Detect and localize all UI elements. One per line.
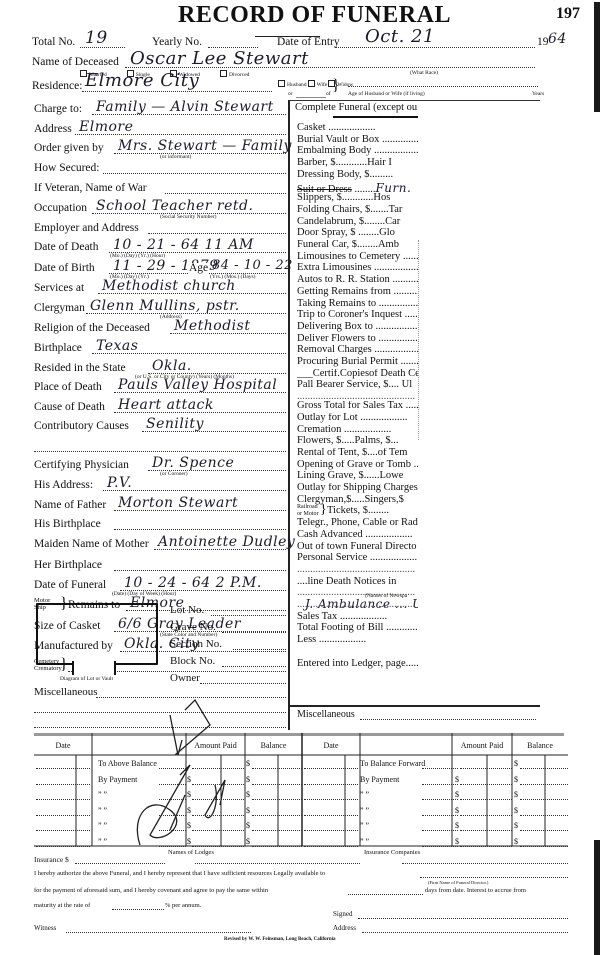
ledger-balance-field[interactable] xyxy=(252,768,302,769)
checkbox-wife[interactable]: Wife xyxy=(308,80,328,89)
spouse-checkboxes: Husband Wife Widow xyxy=(278,80,353,89)
name-value[interactable]: Oscar Lee Stewart xyxy=(130,50,309,68)
ledger-balance-field[interactable] xyxy=(520,768,568,769)
what-race-label: (What Race) xyxy=(410,71,438,77)
age-value[interactable]: 84 - 10 - 22 xyxy=(212,259,293,272)
ledger-date-field[interactable] xyxy=(36,846,90,847)
lot-field-input[interactable] xyxy=(211,615,286,616)
address-label: Address xyxy=(333,925,356,932)
lot-field-label: Block No. xyxy=(170,656,215,667)
dotted-line xyxy=(422,846,458,847)
field-label: Certifying Physician xyxy=(34,460,129,472)
ledger-amount-currency: $ xyxy=(455,838,459,846)
field-label: If Veteran, Name of War xyxy=(34,183,147,195)
cropped-region xyxy=(418,118,558,698)
lot-field-input[interactable] xyxy=(222,666,286,667)
field-label: Cause of Death xyxy=(34,402,105,414)
witness-label: Witness xyxy=(34,925,56,932)
field-value[interactable]: Senility xyxy=(146,417,204,431)
dotted-line xyxy=(335,47,535,48)
field-label: Clergyman xyxy=(34,303,85,315)
year-value[interactable]: 64 xyxy=(548,32,567,46)
field-value[interactable]: Texas xyxy=(96,339,138,353)
ledger-amount-field[interactable] xyxy=(460,815,512,816)
checkbox-husband[interactable]: Husband xyxy=(278,80,307,89)
ledger-amount-field[interactable] xyxy=(460,830,512,831)
field-sub-label: (Social Security Number) xyxy=(160,215,217,221)
age-label: Age xyxy=(188,263,209,275)
field-label: Place of Death xyxy=(34,382,102,394)
lot-field-input[interactable] xyxy=(233,649,286,650)
ledger-description: ” ” xyxy=(360,838,369,846)
field-value[interactable]: School Teacher retd. xyxy=(96,199,253,213)
field-label: Employer and Address xyxy=(34,223,139,235)
date-of-entry-label: Date of Entry xyxy=(277,37,340,49)
address-field[interactable] xyxy=(362,932,568,933)
ledger-balance-currency: $ xyxy=(514,760,518,768)
crop-edge xyxy=(418,240,419,440)
field-value[interactable]: 10 - 24 - 64 2 P.M. xyxy=(124,576,262,590)
checkbox-divorced[interactable]: Divorced xyxy=(220,70,249,79)
ledger-date-field[interactable] xyxy=(36,784,90,785)
ledger-right-balance-header: Balance xyxy=(512,741,568,750)
field-label: Birthplace xyxy=(34,343,82,355)
field-value[interactable]: Dr. Spence xyxy=(152,456,234,470)
revised-by: Revised by W. W. Feinsman, Long Beach, C… xyxy=(224,937,336,942)
ledger-description: ” ” xyxy=(360,791,369,799)
field-label: Name of Father xyxy=(34,500,106,512)
ledger-description: ” ” xyxy=(98,791,107,799)
lot-field-input[interactable] xyxy=(200,683,286,684)
brace: } xyxy=(320,503,327,517)
lot-field-label: Owner xyxy=(170,673,200,684)
companies-label: Insurance Companies xyxy=(364,849,404,856)
field-label: Maiden Name of Mother xyxy=(34,539,149,551)
field-value[interactable]: Mrs. Stewart — Family xyxy=(118,139,292,153)
field-label: Services at xyxy=(34,283,84,295)
ledger-balance-field[interactable] xyxy=(252,815,302,816)
ledger-date-field[interactable] xyxy=(36,799,90,800)
total-no-label: Total No. xyxy=(32,37,75,49)
dotted-line xyxy=(360,719,536,720)
field-label: Contributory Causes xyxy=(34,421,129,433)
ledger-description: By Payment xyxy=(360,776,399,784)
ledger-balance-field[interactable] xyxy=(252,784,302,785)
field-sub-label: (or informant) xyxy=(160,155,191,161)
ledger-balance-field[interactable] xyxy=(520,784,568,785)
field-label: Resided in the State xyxy=(34,363,126,375)
ledger-balance-field[interactable] xyxy=(520,799,568,800)
lot-field-label: Section No. xyxy=(170,639,222,650)
maturity-text: maturity at the rate of xyxy=(34,903,90,910)
field-value[interactable]: Methodist xyxy=(174,319,250,333)
dotted-line xyxy=(348,86,538,87)
dotted-line xyxy=(103,173,286,174)
ledger-date-field[interactable] xyxy=(36,830,90,831)
field-value[interactable]: Heart attack xyxy=(118,398,214,412)
field-sub-label: (or Coroner) xyxy=(160,472,188,478)
ledger-amount-field[interactable] xyxy=(460,768,512,769)
field-label: How Secured: xyxy=(34,163,99,175)
tickets-prefix: Railroad or Motor xyxy=(297,504,319,517)
ledger-balance-currency: $ xyxy=(514,822,518,830)
ledger-date-field[interactable] xyxy=(304,815,358,816)
lot-field-label: Lot No. xyxy=(170,605,204,616)
dotted-line xyxy=(75,863,165,864)
field-label: Address xyxy=(34,124,72,136)
lot-diagram-gap xyxy=(72,661,116,675)
field-label: Religion of the Deceased xyxy=(34,323,150,335)
dotted-line xyxy=(148,233,286,234)
signed-field[interactable] xyxy=(358,918,568,919)
yearly-no-label: Yearly No. xyxy=(152,37,202,49)
signature-scribble xyxy=(130,695,250,855)
ledger-amount-field[interactable] xyxy=(460,846,512,847)
dotted-line xyxy=(114,570,286,571)
ledger-balance-field[interactable] xyxy=(252,846,302,847)
ledger-balance-field[interactable] xyxy=(520,815,568,816)
lot-field-label: Grave No. xyxy=(170,622,216,633)
top-divider xyxy=(290,100,540,101)
ledger-left-balance-header: Balance xyxy=(245,741,302,750)
ledger-date-field[interactable] xyxy=(304,799,358,800)
ledger-balance-field[interactable] xyxy=(252,830,302,831)
residence-label: Residence: xyxy=(32,81,82,93)
field-value[interactable]: Morton Stewart xyxy=(118,496,238,510)
dotted-line xyxy=(422,830,458,831)
misc-label-left: Miscellaneous xyxy=(34,687,98,698)
ledger-balance-field[interactable] xyxy=(520,846,568,847)
ledger-description: ” ” xyxy=(98,822,107,830)
dotted-line xyxy=(402,863,568,864)
field-value[interactable]: Pauls Valley Hospital xyxy=(118,378,277,392)
column-divider xyxy=(288,100,290,730)
field-value[interactable]: Okla. xyxy=(152,359,192,373)
ledger-balance-field[interactable] xyxy=(520,830,568,831)
page-number: 197 xyxy=(556,5,580,23)
ledger-date-field[interactable] xyxy=(304,830,358,831)
ledger-balance-currency: $ xyxy=(514,776,518,784)
ledger-left-date-header: Date xyxy=(34,741,92,750)
ledger-date-field[interactable] xyxy=(304,768,358,769)
field-value[interactable]: Glenn Mullins, pstr. xyxy=(90,299,240,313)
field-label: Occupation xyxy=(34,203,87,215)
dotted-line xyxy=(422,799,458,800)
dotted-line xyxy=(422,815,458,816)
name-label: Name of Deceased xyxy=(32,57,119,69)
witness-field[interactable] xyxy=(66,932,251,933)
field-label: His Birthplace xyxy=(34,519,101,531)
lot-field-input[interactable] xyxy=(222,632,286,633)
field-value[interactable]: Elmore xyxy=(79,120,133,134)
field-value[interactable]: Methodist church xyxy=(102,279,236,293)
field-value[interactable]: Family — Alvin Stewart xyxy=(96,100,274,114)
firm-name-note: (Firm Name of Funeral Director.) xyxy=(428,881,488,886)
ledger-amount-field[interactable] xyxy=(460,784,512,785)
ledger-entry-divider xyxy=(290,705,540,707)
field-label: Order given by xyxy=(34,143,104,155)
insurance-label: Insurance $ xyxy=(34,856,69,864)
ledger-amount-currency: $ xyxy=(455,791,459,799)
ledger-description: ” ” xyxy=(98,807,107,815)
signed-label: Signed xyxy=(333,911,352,918)
ledger-description: ” ” xyxy=(98,838,107,846)
ledger-right-date-header: Date xyxy=(302,741,360,750)
field-label: His Address: xyxy=(34,480,93,492)
dotted-line xyxy=(420,877,568,878)
header-underline xyxy=(333,116,418,118)
field-value[interactable]: Antoinette Dudley xyxy=(158,535,295,549)
dotted-line xyxy=(165,193,286,194)
field-label: Charge to: xyxy=(34,104,82,116)
ledger-balance-currency: $ xyxy=(514,791,518,799)
complete-funeral-header: Complete Funeral (except ou xyxy=(295,103,417,114)
or-label: or xyxy=(288,92,293,98)
page-edge xyxy=(594,2,600,112)
dotted-line xyxy=(114,529,286,530)
dotted-line xyxy=(112,909,164,910)
years-label: Years xyxy=(532,92,544,98)
ledger-right-amount-header: Amount Paid xyxy=(452,741,512,750)
ledger-amount-currency: $ xyxy=(455,776,459,784)
ledger-date-field[interactable] xyxy=(36,768,90,769)
year-prefix: 19 xyxy=(537,37,549,49)
field-label: Her Birthplace xyxy=(34,560,102,572)
ledger-amount-field[interactable] xyxy=(460,799,512,800)
age-spouse-label: Age of Husband or Wife (if living) xyxy=(348,92,425,98)
field-label: Date of Death xyxy=(34,242,99,254)
ledger-description: ” ” xyxy=(360,822,369,830)
ledger-description: To Balance Forward xyxy=(360,760,425,768)
field-label: Date of Funeral xyxy=(34,580,106,592)
ledger-date-field[interactable] xyxy=(304,784,358,785)
dotted-line xyxy=(82,91,272,92)
dotted-line xyxy=(34,451,286,452)
ledger-balance-currency: $ xyxy=(514,807,518,815)
field-value[interactable]: 10 - 21 - 64 11 AM xyxy=(113,238,254,252)
lodges-label: Names of Lodges xyxy=(168,849,198,856)
ledger-date-field[interactable] xyxy=(36,815,90,816)
residence-value[interactable]: Elmore City xyxy=(85,72,199,90)
ledger-description: ” ” xyxy=(360,807,369,815)
dotted-line xyxy=(195,863,360,864)
lot-diagram-box xyxy=(36,603,158,665)
dotted-line xyxy=(422,784,458,785)
page-edge-bottom xyxy=(594,840,600,955)
days-text: days from date. Interest to accrue from xyxy=(425,888,526,895)
field-value[interactable]: P.V. xyxy=(107,476,132,490)
dotted-line xyxy=(348,894,423,895)
misc-label-right: Miscellaneous xyxy=(297,710,355,720)
ledger-amount-currency: $ xyxy=(455,822,459,830)
field-label: Date of Birth xyxy=(34,263,95,275)
ledger-amount-currency: $ xyxy=(455,807,459,815)
lot-diagram-caption: Diagram of Lot or Vault xyxy=(60,677,113,683)
date-of-entry-value[interactable]: Oct. 21 xyxy=(365,28,435,46)
form-title: RECORD OF FUNERAL xyxy=(178,2,451,29)
ledger-balance-field[interactable] xyxy=(252,799,302,800)
brace: } xyxy=(332,78,340,94)
ledger-date-field[interactable] xyxy=(304,846,358,847)
authorize-text: I hereby authorize the above Funeral, an… xyxy=(34,871,325,878)
payment-text: for the payment of aforesaid sum, and I … xyxy=(34,888,268,895)
of-label: of xyxy=(326,92,331,98)
ledger-balance-currency: $ xyxy=(514,838,518,846)
per-annum-text: % per annum. xyxy=(165,903,201,910)
underline xyxy=(296,97,326,98)
total-no-value[interactable]: 19 xyxy=(85,30,108,47)
dotted-line xyxy=(422,768,458,769)
